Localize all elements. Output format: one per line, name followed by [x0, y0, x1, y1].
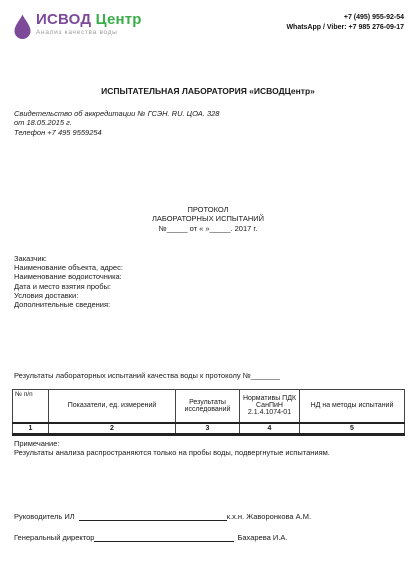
lab-title: ИСПЫТАТЕЛЬНАЯ ЛАБОРАТОРИЯ «ИСВОДЦентр»: [0, 86, 416, 96]
col-header-results: Результаты исследований: [176, 390, 240, 423]
accreditation-block: Свидетельство об аккредитации № ГСЭН. RU…: [14, 109, 219, 137]
protocol-heading: ПРОТОКОЛ ЛАБОРАТОРНЫХ ИСПЫТАНИЙ №_____ о…: [0, 205, 416, 233]
document-page: ИСВОД Центр Анализ качества воды +7 (495…: [0, 0, 416, 566]
signature-role: Руководитель ИЛ: [14, 512, 75, 521]
accreditation-phone: Телефон +7 495 9559254: [14, 128, 219, 137]
results-table: № п/п Показатели, ед. измерений Результа…: [12, 389, 405, 436]
table-row: 1 2 3 4 5: [13, 423, 405, 435]
cell-num-4: 4: [240, 423, 300, 435]
field-water-source: Наименование водоисточника:: [14, 272, 123, 281]
signature-line: [79, 513, 227, 521]
cell-num-3: 3: [176, 423, 240, 435]
company-logo: ИСВОД Центр Анализ качества воды: [14, 11, 142, 39]
signature-row-general-director: Генеральный директор Бахарева И.А.: [14, 533, 402, 542]
table-header-row: № п/п Показатели, ед. измерений Результа…: [13, 390, 405, 423]
cell-num-2: 2: [49, 423, 176, 435]
note-title: Примечание:: [14, 439, 330, 448]
note-text: Результаты анализа распространяются толь…: [14, 448, 330, 457]
signature-row-lab-head: Руководитель ИЛ к.х.н. Жаворонкова А.М.: [14, 512, 402, 521]
col-header-indicators: Показатели, ед. измерений: [49, 390, 176, 423]
cell-num-5: 5: [300, 423, 405, 435]
field-additional-info: Дополнительные сведения:: [14, 300, 123, 309]
contact-block: +7 (495) 955-92-54 WhatsApp / Viber: +7 …: [286, 13, 404, 33]
field-sampling-date-place: Дата и место взятия пробы:: [14, 282, 123, 291]
field-delivery-conditions: Условия доставки:: [14, 291, 123, 300]
field-customer: Заказчик:: [14, 254, 123, 263]
customer-fields: Заказчик: Наименование объекта, адрес: Н…: [14, 254, 123, 309]
field-object-address: Наименование объекта, адрес:: [14, 263, 123, 272]
note-block: Примечание: Результаты анализа распростр…: [14, 439, 330, 457]
col-header-methods: НД на методы испытаний: [300, 390, 405, 423]
cell-num-1: 1: [13, 423, 49, 435]
signature-name: к.х.н. Жаворонкова А.М.: [227, 512, 311, 521]
col-header-num: № п/п: [13, 390, 49, 423]
results-intro: Результаты лабораторных испытаний качест…: [14, 371, 280, 380]
protocol-number-line: №_____ от « »_____. 2017 г.: [0, 224, 416, 233]
logo-name-part2: Центр: [91, 11, 141, 28]
phone-number: +7 (495) 955-92-54: [286, 13, 404, 23]
logo-name: ИСВОД Центр: [36, 11, 142, 28]
protocol-title: ПРОТОКОЛ: [0, 205, 416, 214]
signature-name: Бахарева И.А.: [237, 533, 287, 542]
col-header-norms: Нормативы ПДК СанПиН 2.1.4.1074-01: [240, 390, 300, 423]
water-drop-icon: [14, 14, 31, 39]
protocol-subtitle: ЛАБОРАТОРНЫХ ИСПЫТАНИЙ: [0, 214, 416, 223]
signature-line: [94, 534, 234, 542]
accreditation-date: от 18.05.2015 г.: [14, 118, 219, 127]
logo-name-part1: ИСВОД: [36, 11, 91, 28]
logo-tagline: Анализ качества воды: [36, 29, 142, 36]
messenger-number: WhatsApp / Viber: +7 985 276-09-17: [286, 23, 404, 33]
signature-role: Генеральный директор: [14, 533, 94, 542]
accreditation-line: Свидетельство об аккредитации № ГСЭН. RU…: [14, 109, 219, 118]
